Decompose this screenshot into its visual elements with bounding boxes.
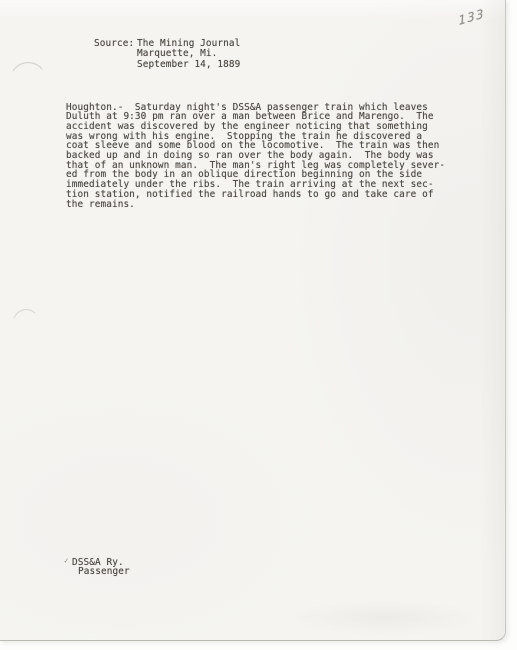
pencil-smudge-mark — [11, 56, 45, 78]
article-line: the remains. — [66, 200, 445, 210]
source-date: September 14, 1889 — [137, 60, 240, 70]
article-paragraph: Houghton.- Saturday night's DSS&A passen… — [66, 103, 445, 210]
source-label: Source: — [94, 39, 134, 49]
source-citation-block: The Mining Journal Marquette, Mi. Septem… — [137, 39, 240, 70]
checkmark-icon: ✓ — [63, 557, 69, 566]
scanned-document-view: 133 Source: The Mining Journal Marquette… — [0, 0, 517, 650]
pencil-smudge-mark — [12, 302, 40, 324]
railway-category: Passenger — [72, 567, 130, 577]
handwritten-page-number: 133 — [458, 6, 486, 28]
index-annotation: DSS&A Ry. Passenger — [72, 558, 130, 577]
document-page: 133 Source: The Mining Journal Marquette… — [0, 0, 506, 641]
